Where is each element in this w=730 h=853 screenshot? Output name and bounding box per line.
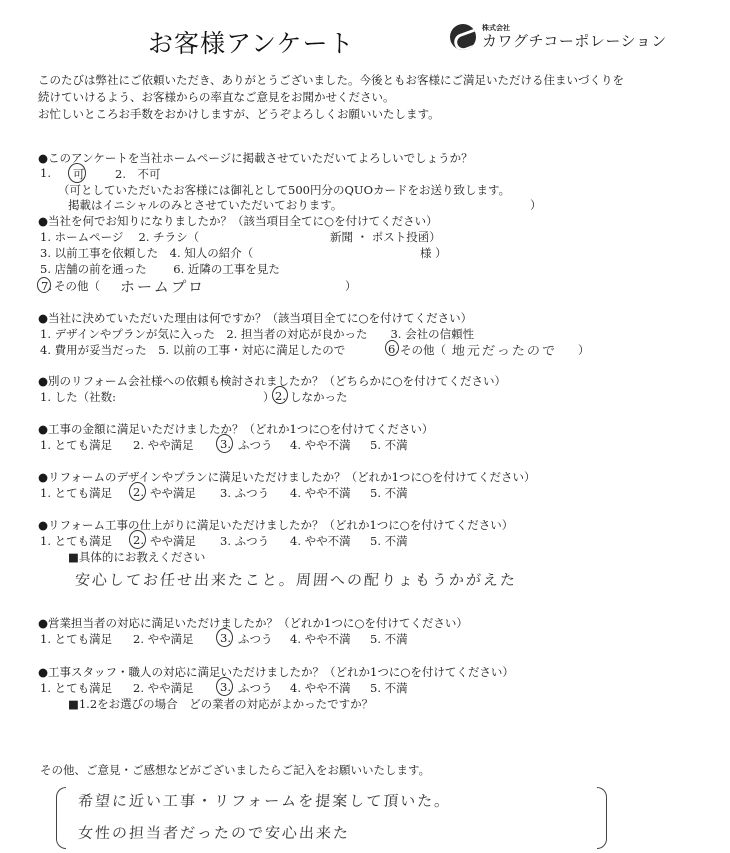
intro-line-1: このたびは弊社にご依頼いただき、ありがとうございました。今後ともお客様にご満足い… [38, 72, 624, 88]
staff-opt-2[interactable]: 2. やや満足 [133, 680, 194, 696]
sales-opt-5[interactable]: 5. 不満 [370, 631, 408, 647]
question-other-company: ●別のリフォーム会社様への依頼も検討されましたか？（どちらかに○を付けてください… [38, 373, 506, 389]
source-other-label: その他（ [54, 278, 100, 294]
publish-opt1-num: 1. [40, 166, 51, 180]
staff-opt-1[interactable]: 1. とても満足 [40, 680, 112, 696]
question-reason: ●当社に決めていただいた理由は何ですか？（該当項目全てに○を付けてください） [38, 310, 472, 326]
question-staff: ●工事スタッフ・職人の対応に満足いただけましたか？（どれか1つに○を付けてくださ… [38, 664, 514, 680]
selection-circle [129, 530, 146, 549]
question-finish: ●リフォーム工事の仕上がりに満足いただけましたか？（どれか1つに○を付けてくださ… [38, 517, 513, 533]
other-company-opt2[interactable]: しなかった [290, 389, 348, 405]
comment-line-1[interactable]: 希望に近い工事・リフォームを提案して頂いた。 [77, 790, 452, 811]
source-row-1-flyer-type[interactable]: 新聞 ・ ポスト投函） [330, 229, 441, 245]
selection-circle [272, 386, 288, 404]
comment-bracket-right [597, 787, 607, 849]
sales-opt-1[interactable]: 1. とても満足 [40, 631, 112, 647]
finish-opt-5[interactable]: 5. 不満 [370, 533, 408, 549]
source-other-close: ） [345, 278, 357, 294]
publish-note-2: 掲載はイニシャルのみとさせていただいております。 [68, 197, 342, 213]
swoosh-logo-icon [450, 24, 476, 50]
reason-row-1[interactable]: 1. デザインやプランが気に入った 2. 担当者の対応が良かった 3. 会社の信… [40, 326, 474, 342]
reason-other-handwritten[interactable]: 地元だったので [451, 340, 557, 359]
design-opt-5[interactable]: 5. 不満 [370, 485, 408, 501]
publish-opt2-deny[interactable]: 2. 不可 [115, 166, 160, 182]
staff-detail-label: ■1.2をお選びの場合 どの業者の対応がよかったですか？ [68, 696, 373, 712]
source-row-3[interactable]: 5. 店舗の前を通った 6. 近隣の工事を見た [40, 261, 280, 277]
publish-note-close: ） [530, 197, 542, 213]
intro-line-3: お忙しいところお手数をおかけしますが、どうぞよろしくお願いいたします。 [38, 106, 440, 122]
sales-opt-2[interactable]: 2. やや満足 [133, 631, 194, 647]
finish-opt-1[interactable]: 1. とても満足 [40, 533, 112, 549]
comment-line-2[interactable]: 女性の担当者だったので安心出来た [77, 822, 350, 843]
finish-detail-handwritten[interactable]: 安心してお任せ出来たこと。周囲への配りょもうかがえた [74, 569, 517, 590]
price-opt-3-label[interactable]: ふつう [238, 437, 273, 453]
selection-circle [216, 628, 233, 647]
finish-opt-3[interactable]: 3. ふつう [220, 533, 269, 549]
reason-row-2[interactable]: 4. 費用が妥当だった 5. 以前の工事・対応に満足したので [40, 342, 345, 358]
price-opt-2[interactable]: 2. やや満足 [133, 437, 194, 453]
company-prefix: 株式会社 [482, 25, 667, 32]
source-row-1[interactable]: 1. ホームページ 2. チラシ（ [40, 229, 199, 245]
staff-opt-4[interactable]: 4. やや不満 [290, 680, 351, 696]
page-title: お客様アンケート [148, 24, 355, 60]
comment-bracket-left [56, 787, 66, 849]
design-opt-1[interactable]: 1. とても満足 [40, 485, 112, 501]
comments-label: その他、ご意見・ご感想などがございましたらご記入をお願いいたします。 [40, 762, 430, 778]
staff-opt-5[interactable]: 5. 不満 [370, 680, 408, 696]
selection-circle [129, 482, 146, 501]
selection-circle [216, 677, 233, 696]
intro-line-2: 続けていけるよう、お客様からの率直なご意見をお聞かせください。 [38, 89, 395, 105]
question-design: ●リフォームのデザインやプランに満足いただけましたか？（どれか1つに○を付けてく… [38, 469, 536, 485]
sales-opt-4[interactable]: 4. やや不満 [290, 631, 351, 647]
other-company-opt1[interactable]: 1. した（社数: [40, 389, 116, 405]
publish-note-1: （可としていただいたお客様には御礼として500円分のQUOカードをお送り致します… [58, 182, 510, 198]
finish-opt-2-label[interactable]: やや満足 [150, 533, 196, 549]
finish-detail-label: ■具体的にお教えください [68, 549, 205, 565]
selection-circle [37, 277, 51, 293]
source-row-2[interactable]: 3. 以前工事を依頼した 4. 知人の紹介（ [40, 245, 253, 261]
source-row-2-close: 様 ） [420, 245, 447, 261]
reason-other-label: その他（ [400, 342, 446, 358]
price-opt-1[interactable]: 1. とても満足 [40, 437, 112, 453]
question-publish: ●このアンケートを当社ホームページに掲載させていただいてよろしいでしょうか？ [38, 150, 473, 166]
source-other-handwritten[interactable]: ホームプロ [119, 276, 205, 297]
selection-circle [216, 434, 233, 453]
company-name: カワグチコーポレーション [482, 34, 667, 49]
selection-circle [68, 163, 86, 183]
question-price: ●工事の金額に満足いただけましたか？（どれか1つに○を付けてください） [38, 421, 433, 437]
question-sales: ●営業担当者の対応に満足いただけましたか？（どれか1つに○を付けてください） [38, 615, 468, 631]
finish-opt-4[interactable]: 4. やや不満 [290, 533, 351, 549]
question-source: ●当社を何でお知りになりましたか？（該当項目全てに○を付けてください） [38, 213, 438, 229]
design-opt-3[interactable]: 3. ふつう [220, 485, 269, 501]
reason-other-close: ） [578, 342, 590, 358]
selection-circle [385, 340, 399, 356]
price-opt-4[interactable]: 4. やや不満 [290, 437, 351, 453]
company-logo: 株式会社 カワグチコーポレーション [450, 24, 667, 50]
sales-opt-3-label[interactable]: ふつう [238, 631, 273, 647]
design-opt-2-label[interactable]: やや満足 [150, 485, 196, 501]
price-opt-5[interactable]: 5. 不満 [370, 437, 408, 453]
staff-opt-3-label[interactable]: ふつう [238, 680, 273, 696]
design-opt-4[interactable]: 4. やや不満 [290, 485, 351, 501]
